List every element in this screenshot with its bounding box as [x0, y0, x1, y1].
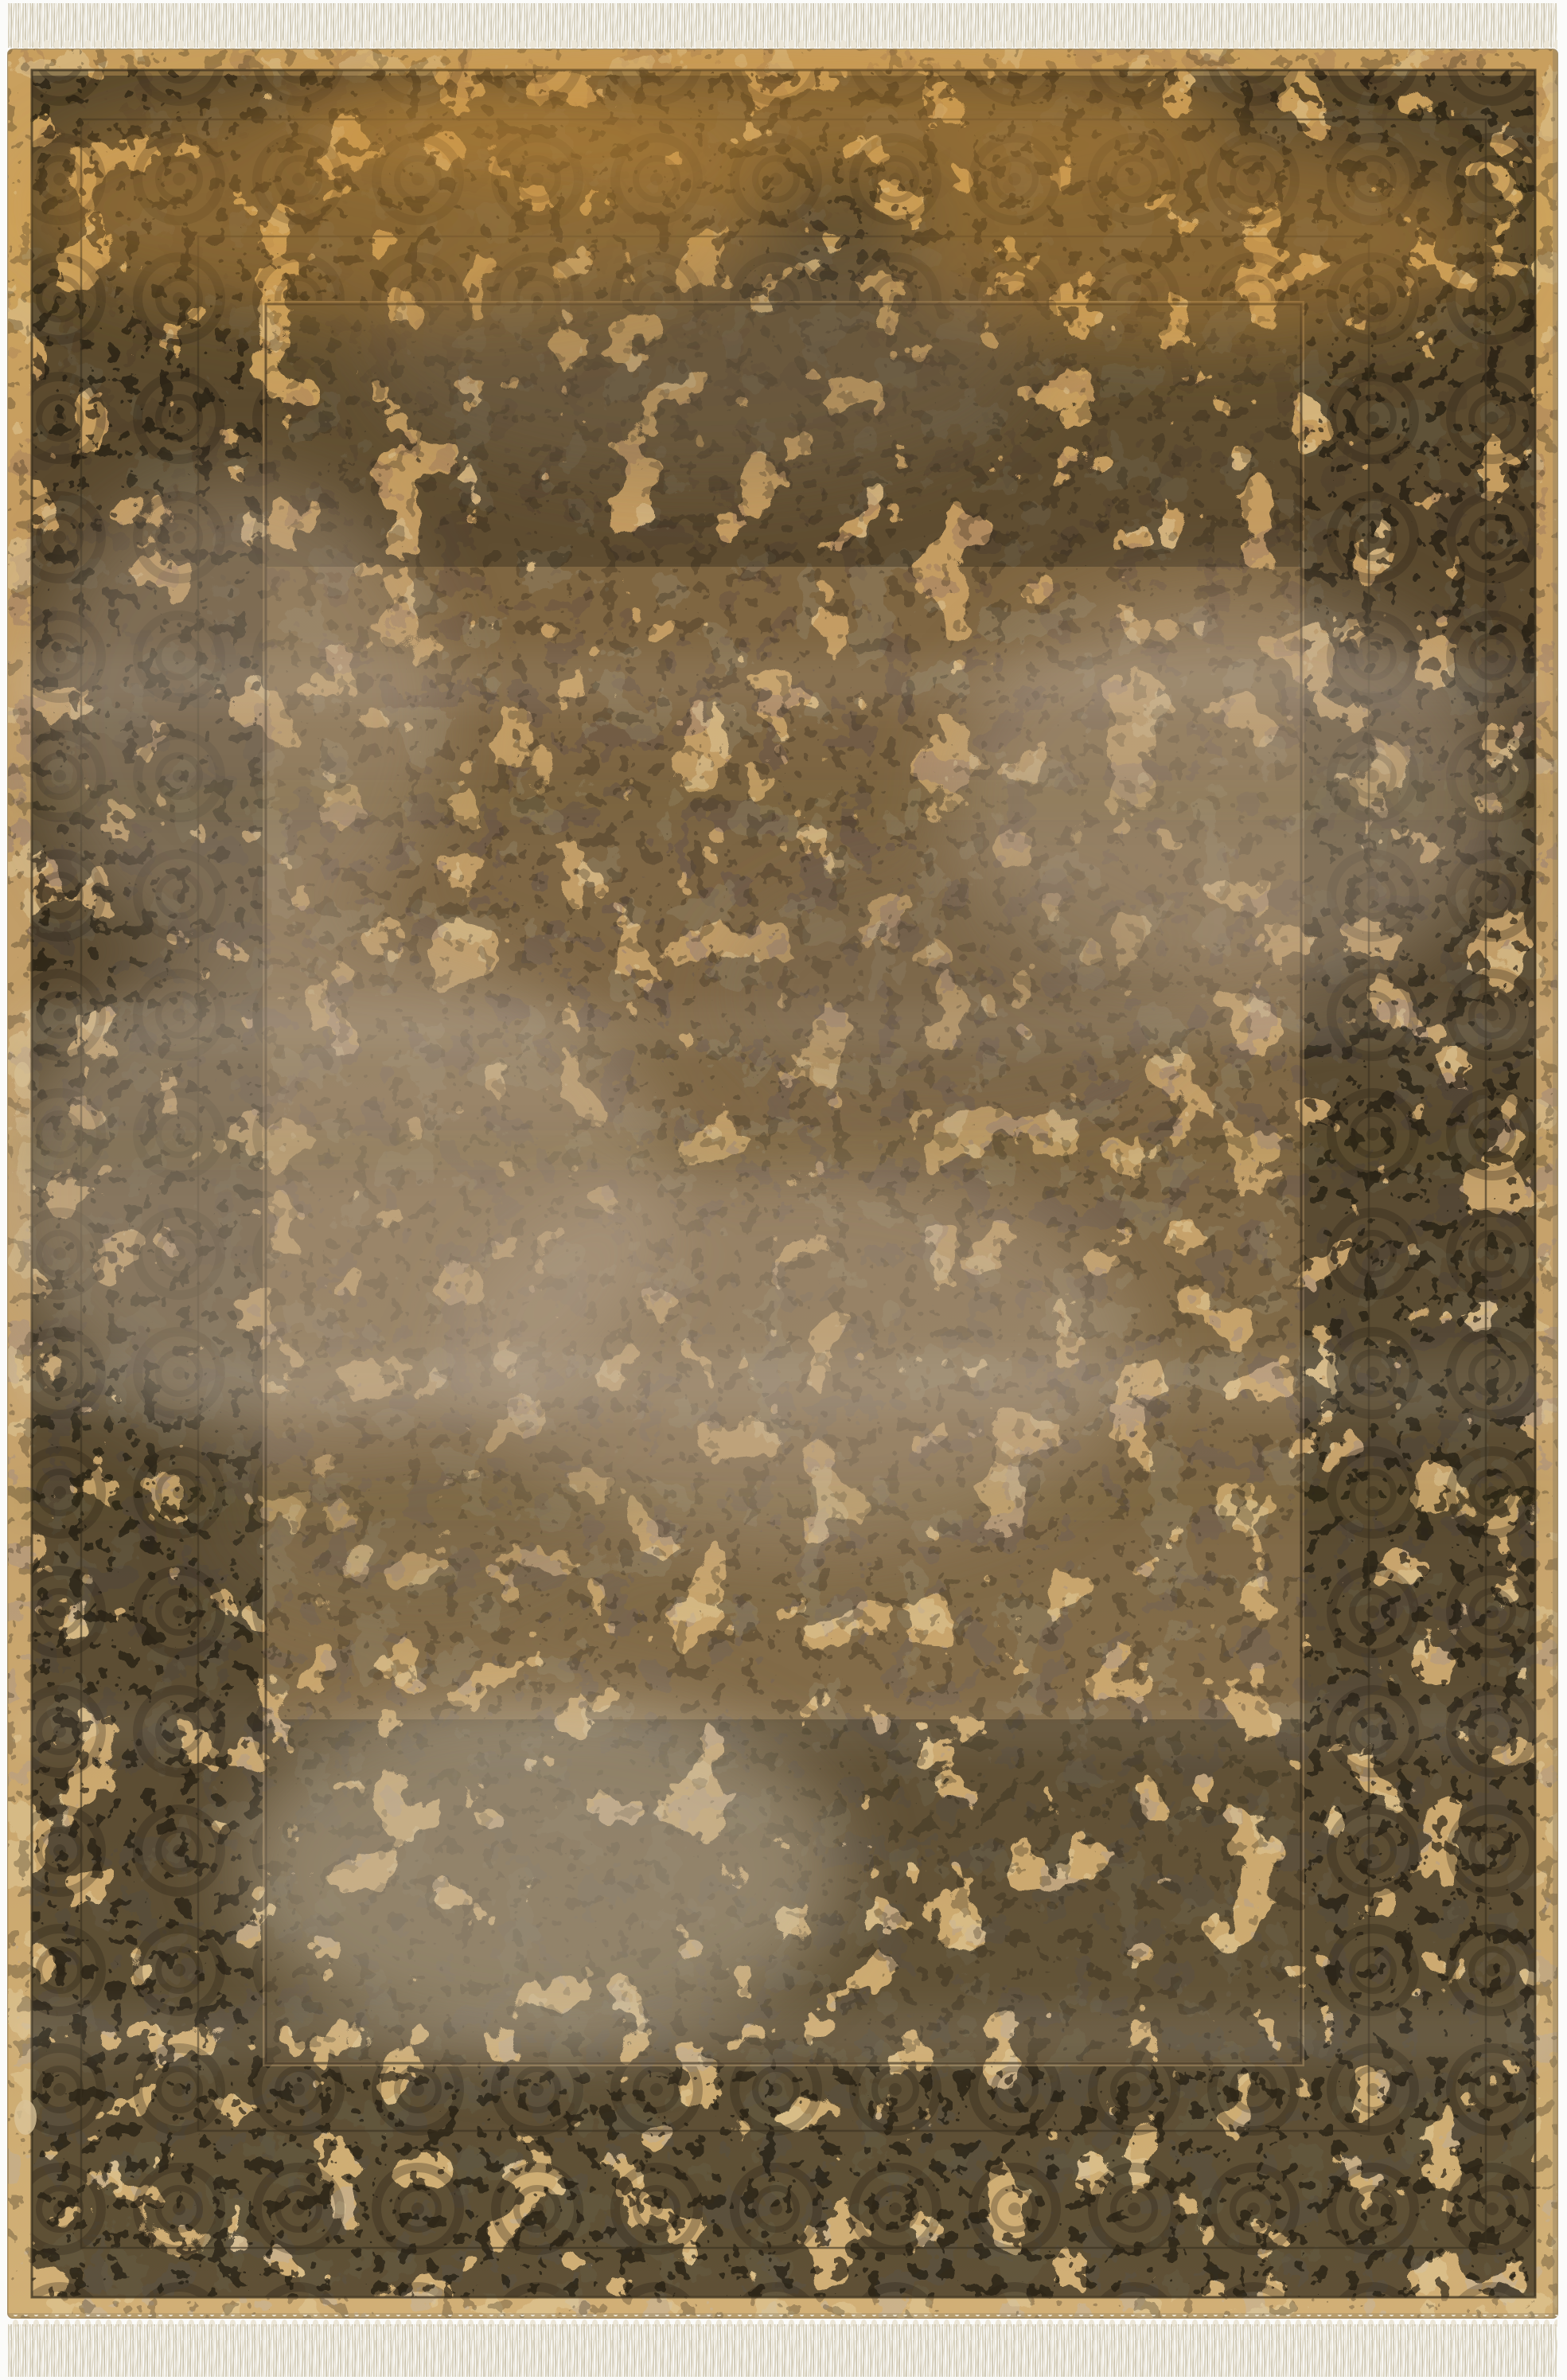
gold-patch — [279, 56, 1234, 183]
rug-right-edge-shadow — [1553, 49, 1557, 2318]
sheen-band-dark — [8, 1130, 1557, 1170]
wear-patch — [32, 478, 446, 955]
margin-stain — [14, 2100, 37, 2135]
fringe-bottom — [8, 2315, 1557, 2377]
sheen-band-dark — [8, 780, 1557, 820]
sheen-band — [8, 2006, 1557, 2062]
sheen-band — [8, 1003, 1557, 1051]
rug-photo — [0, 0, 1567, 2380]
sheen-band — [8, 1703, 1557, 1751]
rug-texture-layers — [0, 49, 1557, 2318]
sheen-band — [8, 1353, 1557, 1417]
sheen-band — [8, 653, 1557, 708]
fringe-knots-top — [8, 38, 1557, 50]
margin-stain — [14, 1062, 30, 1087]
fringe-bottom-layer2 — [8, 2326, 1557, 2377]
rug — [0, 49, 1557, 2318]
fringe-top — [8, 3, 1557, 50]
sheen-band-dark — [8, 1481, 1557, 1520]
smudge-patch — [716, 868, 1194, 1122]
rug-photo-canvas — [0, 0, 1567, 2380]
